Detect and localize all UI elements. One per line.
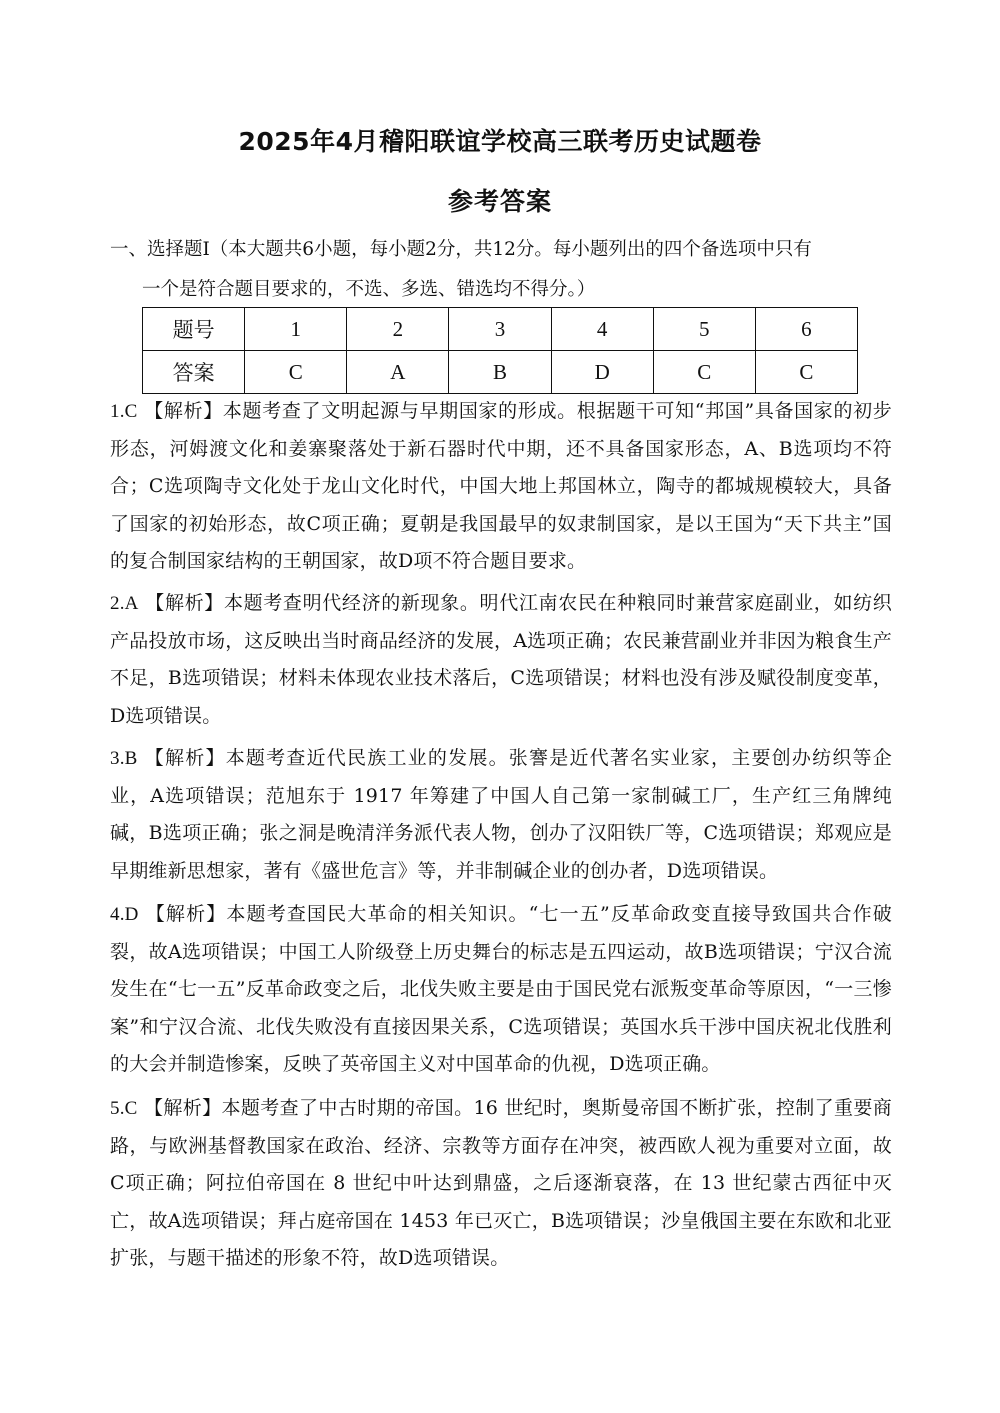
explanation-text: 本题考查了中古时期的帝国。16 世纪时，奥斯曼帝国不断扩张，控制了重要商路，与欧… — [110, 1097, 892, 1269]
explanation-5: 5.C 【解析】本题考查了中古时期的帝国。16 世纪时，奥斯曼帝国不断扩张，控制… — [110, 1090, 892, 1278]
explanation-number: 5.C — [110, 1098, 138, 1119]
question-number-cell: 5 — [653, 308, 755, 351]
section-heading: 一、选择题Ⅰ（本大题共6小题，每小题2分，共12分。每小题列出的四个备选项中只有… — [110, 230, 900, 310]
answer-cell: C — [653, 351, 755, 394]
explanation-tag: 【解析】 — [144, 400, 223, 422]
explanation-3: 3.B 【解析】本题考查近代民族工业的发展。张謇是近代著名实业家，主要创办纺织等… — [110, 740, 892, 890]
explanation-tag: 【解析】 — [146, 903, 227, 925]
explanation-tag: 【解析】 — [145, 747, 226, 769]
section-heading-line1: 一、选择题Ⅰ（本大题共6小题，每小题2分，共12分。每小题列出的四个备选项中只有 — [110, 230, 900, 270]
explanation-number: 3.B — [110, 748, 138, 769]
section-heading-line2: 一个是符合题目要求的，不选、多选、错选均不得分。） — [110, 270, 900, 310]
question-number-cell: 2 — [347, 308, 449, 351]
question-number-cell: 4 — [551, 308, 653, 351]
explanation-number: 1.C — [110, 401, 138, 422]
answer-cell: C — [245, 351, 347, 394]
answer-table: 题号 1 2 3 4 5 6 答案 C A B D C C — [142, 307, 858, 394]
document-subtitle: 参考答案 — [0, 182, 1000, 218]
answer-cell: C — [755, 351, 857, 394]
answer-cell: B — [449, 351, 551, 394]
explanation-number: 4.D — [110, 904, 139, 925]
explanation-text: 本题考查近代民族工业的发展。张謇是近代著名实业家，主要创办纺织等企业，A选项错误… — [110, 747, 892, 882]
document-title: 2025年4月稽阳联谊学校高三联考历史试题卷 — [0, 122, 1000, 158]
explanation-tag: 【解析】 — [144, 1097, 222, 1119]
explanation-1: 1.C 【解析】本题考查了文明起源与早期国家的形成。根据题干可知“邦国”具备国家… — [110, 393, 892, 581]
question-number-row: 题号 1 2 3 4 5 6 — [143, 308, 858, 351]
row-header-answer: 答案 — [143, 351, 245, 394]
answer-cell: A — [347, 351, 449, 394]
explanation-text: 本题考查明代经济的新现象。明代江南农民在种粮同时兼营家庭副业，如纺织产品投放市场… — [110, 592, 892, 727]
explanation-4: 4.D 【解析】本题考查国民大革命的相关知识。“七一五”反革命政变直接导致国共合… — [110, 896, 892, 1084]
explanation-text: 本题考查了文明起源与早期国家的形成。根据题干可知“邦国”具备国家的初步形态，河姆… — [110, 400, 892, 572]
answer-cell: D — [551, 351, 653, 394]
row-header-question-number: 题号 — [143, 308, 245, 351]
explanation-text: 本题考查国民大革命的相关知识。“七一五”反革命政变直接导致国共合作破裂，故A选项… — [110, 903, 892, 1075]
question-number-cell: 6 — [755, 308, 857, 351]
explanation-tag: 【解析】 — [145, 592, 224, 614]
explanation-number: 2.A — [110, 593, 139, 614]
explanation-2: 2.A 【解析】本题考查明代经济的新现象。明代江南农民在种粮同时兼营家庭副业，如… — [110, 585, 892, 735]
question-number-cell: 1 — [245, 308, 347, 351]
answer-row: 答案 C A B D C C — [143, 351, 858, 394]
question-number-cell: 3 — [449, 308, 551, 351]
